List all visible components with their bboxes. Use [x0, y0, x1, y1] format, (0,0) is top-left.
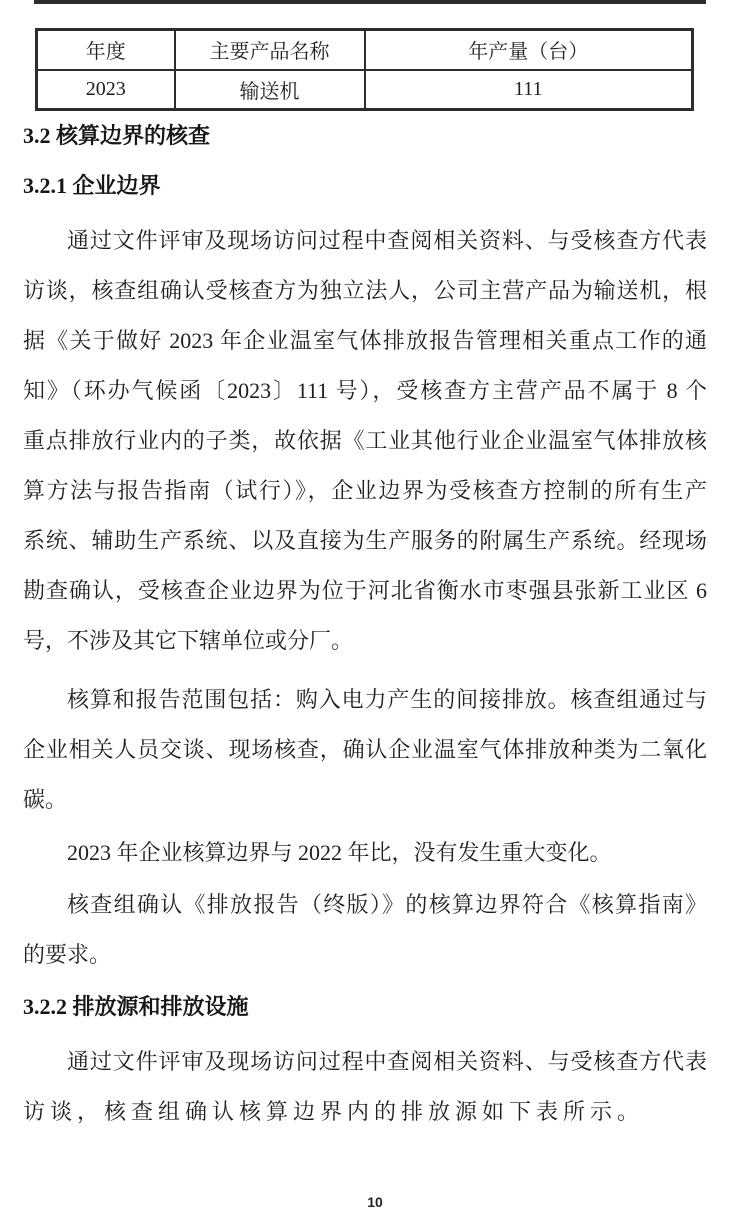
section-heading-3-2: 3.2 核算边界的核查: [23, 123, 707, 149]
table-header-product-name: 主要产品名称: [175, 30, 365, 70]
paragraph-emission-sources: 通过文件评审及现场访问过程中查阅相关资料、与受核查方代表 访谈，核查组确认核算边…: [23, 1037, 707, 1137]
paragraph-line: 的要求。: [23, 930, 707, 980]
paragraph-line: 通过文件评审及现场访问过程中查阅相关资料、与受核查方代表: [23, 1037, 707, 1087]
paragraph-line: 算方法与报告指南（试行）》，企业边界为受核查方控制的所有生产: [23, 466, 707, 516]
paragraph-line: 勘查确认，受核查企业边界为位于河北省衡水市枣强县张新工业区 6: [23, 566, 707, 616]
table-cell-year: 2023: [37, 70, 175, 110]
table-cell-product-name: 输送机: [175, 70, 365, 110]
previous-table-bottom-rule: [34, 0, 706, 4]
paragraph-line: 访谈，核查组确认核算边界内的排放源如下表所示。: [23, 1087, 707, 1137]
paragraph-boundary-change: 2023 年企业核算边界与 2022 年比，没有发生重大变化。: [23, 828, 707, 878]
paragraph-enterprise-boundary: 通过文件评审及现场访问过程中查阅相关资料、与受核查方代表 访谈，核查组确认受核查…: [23, 216, 707, 666]
table-cell-annual-output: 111: [365, 70, 693, 110]
annual-product-table: 年度 主要产品名称 年产量（台） 2023 输送机 111: [35, 28, 694, 111]
paragraph-boundary-conformance: 核查组确认《排放报告（终版）》的核算边界符合《核算指南》 的要求。: [23, 880, 707, 980]
section-heading-3-2-2: 3.2.2 排放源和排放设施: [23, 994, 707, 1020]
paragraph-line: 据《关于做好 2023 年企业温室气体排放报告管理相关重点工作的通: [23, 316, 707, 366]
table-header-year: 年度: [37, 30, 175, 70]
document-page: 年度 主要产品名称 年产量（台） 2023 输送机 111 3.2 核算边界的核…: [0, 0, 750, 1216]
table-header-row: 年度 主要产品名称 年产量（台）: [37, 30, 693, 70]
paragraph-reporting-scope: 核算和报告范围包括：购入电力产生的间接排放。核查组通过与 企业相关人员交谈、现场…: [23, 675, 707, 825]
paragraph-line: 号，不涉及其它下辖单位或分厂。: [23, 616, 707, 666]
paragraph-line: 系统、辅助生产系统、以及直接为生产服务的附属生产系统。经现场: [23, 516, 707, 566]
paragraph-line: 知》（环办气候函〔2023〕111 号），受核查方主营产品不属于 8 个: [23, 366, 707, 416]
table-row: 2023 输送机 111: [37, 70, 693, 110]
table-header-annual-output: 年产量（台）: [365, 30, 693, 70]
paragraph-line: 重点排放行业内的子类，故依据《工业其他行业企业温室气体排放核: [23, 416, 707, 466]
paragraph-line: 通过文件评审及现场访问过程中查阅相关资料、与受核查方代表: [23, 216, 707, 266]
section-heading-3-2-1: 3.2.1 企业边界: [23, 173, 707, 199]
paragraph-line: 核算和报告范围包括：购入电力产生的间接排放。核查组通过与: [23, 675, 707, 725]
paragraph-line: 碳。: [23, 775, 707, 825]
page-number: 10: [0, 1194, 750, 1210]
paragraph-line: 访谈，核查组确认受核查方为独立法人，公司主营产品为输送机，根: [23, 266, 707, 316]
paragraph-line: 2023 年企业核算边界与 2022 年比，没有发生重大变化。: [23, 828, 707, 878]
paragraph-line: 企业相关人员交谈、现场核查，确认企业温室气体排放种类为二氧化: [23, 725, 707, 775]
paragraph-line: 核查组确认《排放报告（终版）》的核算边界符合《核算指南》: [23, 880, 707, 930]
